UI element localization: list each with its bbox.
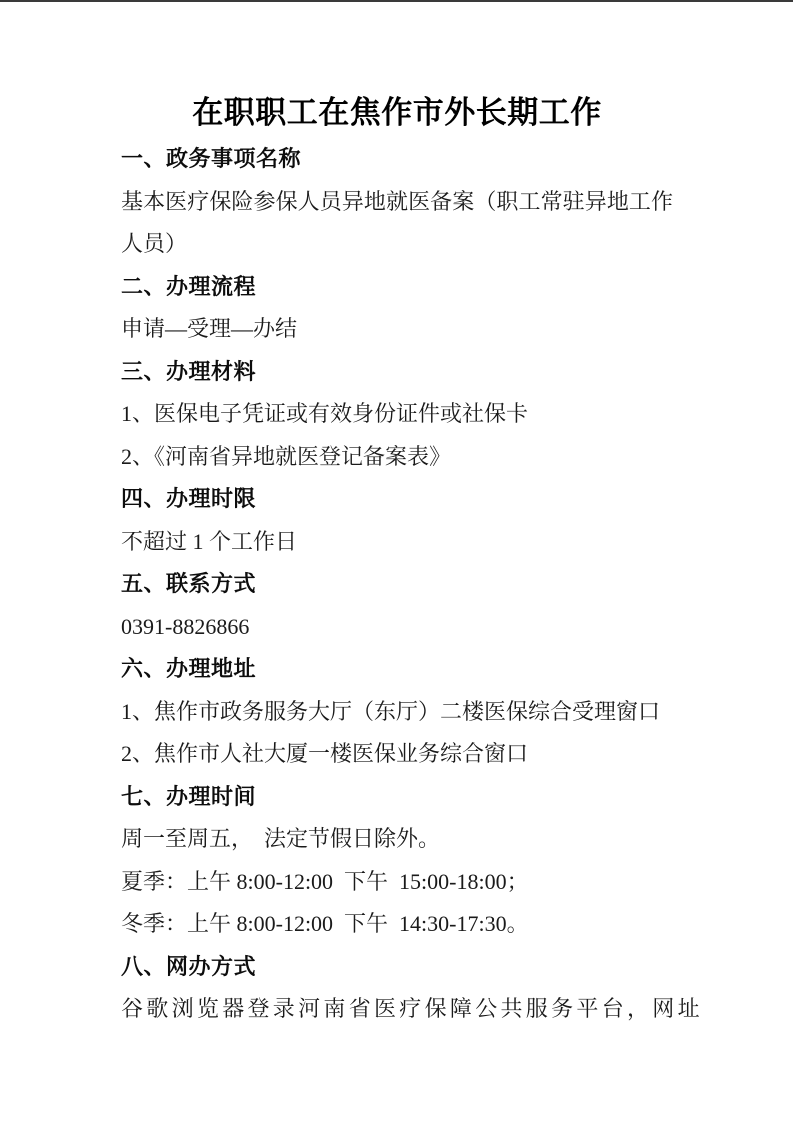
paragraph: 冬季：上午 8:00-12:00 下午 14:30-17:30。 (121, 903, 673, 946)
window-top-edge (0, 0, 793, 2)
section-hours: 七、办理时间 周一至周五， 法定节假日除外。 夏季：上午 8:00-12:00 … (121, 776, 673, 946)
section-address: 六、办理地址 1、焦作市政务服务大厅（东厅）二楼医保综合受理窗口 2、焦作市人社… (121, 648, 673, 776)
paragraph: 夏季：上午 8:00-12:00 下午 15:00-18:00； (121, 861, 673, 904)
section-heading: 八、网办方式 (121, 946, 673, 989)
paragraph: 申请—受理—办结 (121, 308, 673, 351)
paragraph: 基本医疗保险参保人员异地就医备案（职工常驻异地工作人员） (121, 181, 673, 266)
section-heading: 六、办理地址 (121, 648, 673, 691)
section-heading: 四、办理时限 (121, 478, 673, 521)
section-materials: 三、办理材料 1、医保电子凭证或有效身份证件或社保卡 2、《河南省异地就医登记备… (121, 351, 673, 479)
section-time-limit: 四、办理时限 不超过 1 个工作日 (121, 478, 673, 563)
section-heading: 五、联系方式 (121, 563, 673, 606)
list-item: 2、焦作市人社大厦一楼医保业务综合窗口 (121, 733, 673, 776)
paragraph: 谷歌浏览器登录河南省医疗保障公共服务平台，网址 (121, 988, 673, 1031)
section-contact: 五、联系方式 0391-8826866 (121, 563, 673, 648)
section-heading: 七、办理时间 (121, 776, 673, 819)
section-process: 二、办理流程 申请—受理—办结 (121, 266, 673, 351)
section-heading: 一、政务事项名称 (121, 138, 673, 181)
document-page: 在职职工在焦作市外长期工作 一、政务事项名称 基本医疗保险参保人员异地就医备案（… (0, 0, 793, 1122)
section-online-method: 八、网办方式 谷歌浏览器登录河南省医疗保障公共服务平台，网址 (121, 946, 673, 1031)
section-heading: 三、办理材料 (121, 351, 673, 394)
phone-number: 0391-8826866 (121, 606, 673, 649)
list-item: 1、医保电子凭证或有效身份证件或社保卡 (121, 393, 673, 436)
section-heading: 二、办理流程 (121, 266, 673, 309)
section-item-name: 一、政务事项名称 基本医疗保险参保人员异地就医备案（职工常驻异地工作人员） (121, 138, 673, 266)
paragraph: 周一至周五， 法定节假日除外。 (121, 818, 673, 861)
list-item: 2、《河南省异地就医登记备案表》 (121, 436, 673, 479)
list-item: 1、焦作市政务服务大厅（东厅）二楼医保综合受理窗口 (121, 691, 673, 734)
paragraph: 不超过 1 个工作日 (121, 521, 673, 564)
document-title: 在职职工在焦作市外长期工作 (121, 88, 673, 138)
